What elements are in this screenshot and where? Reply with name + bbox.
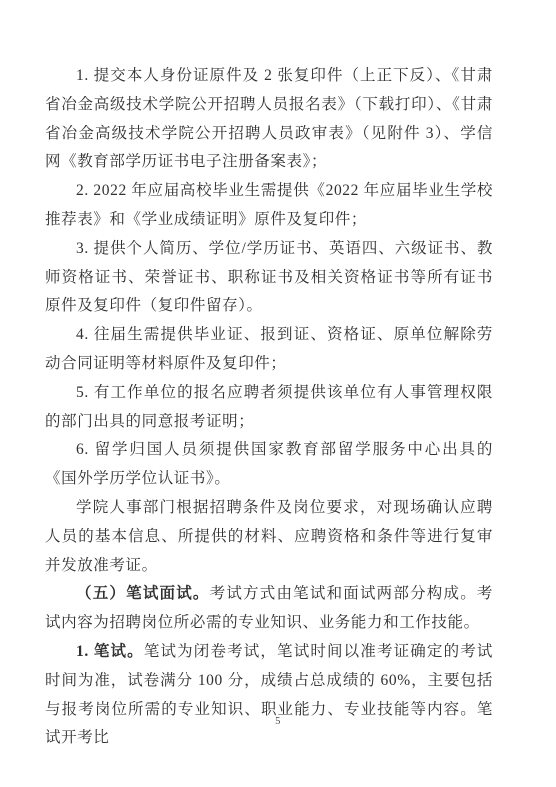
paragraph-item-6: 6. 留学归国人员须提供国家教育部留学服务中心出具的《国外学历学位认证书》。 (45, 436, 493, 494)
paragraph-review: 学院人事部门根据招聘条件及岗位要求，对现场确认应聘人员的基本信息、所提供的材料、… (45, 494, 493, 580)
paragraph-written-test: 1. 笔试。笔试为闭卷考试，笔试时间以准考证确定的考试时间为准，试卷满分 100… (45, 638, 493, 753)
paragraph-text: 6. 留学归国人员须提供国家教育部留学服务中心出具的《国外学历学位认证书》。 (45, 441, 493, 487)
paragraph-text: 5. 有工作单位的报名应聘者须提供该单位有人事管理权限的部门出具的同意报考证明； (45, 384, 493, 430)
paragraph-item-2: 2. 2022 年应届高校毕业生需提供《2022 年应届毕业生学校推荐表》和《学… (45, 177, 493, 235)
paragraph-text: 2. 2022 年应届高校毕业生需提供《2022 年应届毕业生学校推荐表》和《学… (45, 182, 493, 228)
document-body: 1. 提交本人身份证原件及 2 张复印件（上正下反）、《甘肃省冶金高级技术学院公… (45, 62, 493, 753)
paragraph-item-5: 5. 有工作单位的报名应聘者须提供该单位有人事管理权限的部门出具的同意报考证明； (45, 379, 493, 437)
paragraph-text: 学院人事部门根据招聘条件及岗位要求，对现场确认应聘人员的基本信息、所提供的材料、… (45, 499, 493, 574)
paragraph-lead: （五）笔试面试。 (76, 585, 210, 602)
paragraph-section-5-exam: （五）笔试面试。考试方式由笔试和面试两部分构成。考试内容为招聘岗位所必需的专业知… (45, 580, 493, 638)
paragraph-item-4: 4. 往届生需提供毕业证、报到证、资格证、原单位解除劳动合同证明等材料原件及复印… (45, 321, 493, 379)
document-page: 1. 提交本人身份证原件及 2 张复印件（上正下反）、《甘肃省冶金高级技术学院公… (0, 0, 556, 787)
paragraph-text: 3. 提供个人简历、学位/学历证书、英语四、六级证书、教师资格证书、荣誉证书、职… (45, 240, 493, 315)
paragraph-text: 4. 往届生需提供毕业证、报到证、资格证、原单位解除劳动合同证明等材料原件及复印… (45, 326, 493, 372)
paragraph-lead: 1. 笔试。 (76, 643, 144, 660)
paragraph-item-3: 3. 提供个人简历、学位/学历证书、英语四、六级证书、教师资格证书、荣誉证书、职… (45, 235, 493, 321)
paragraph-item-1: 1. 提交本人身份证原件及 2 张复印件（上正下反）、《甘肃省冶金高级技术学院公… (45, 62, 493, 177)
paragraph-text: 1. 提交本人身份证原件及 2 张复印件（上正下反）、《甘肃省冶金高级技术学院公… (45, 67, 493, 170)
page-number: 5 (0, 716, 556, 727)
